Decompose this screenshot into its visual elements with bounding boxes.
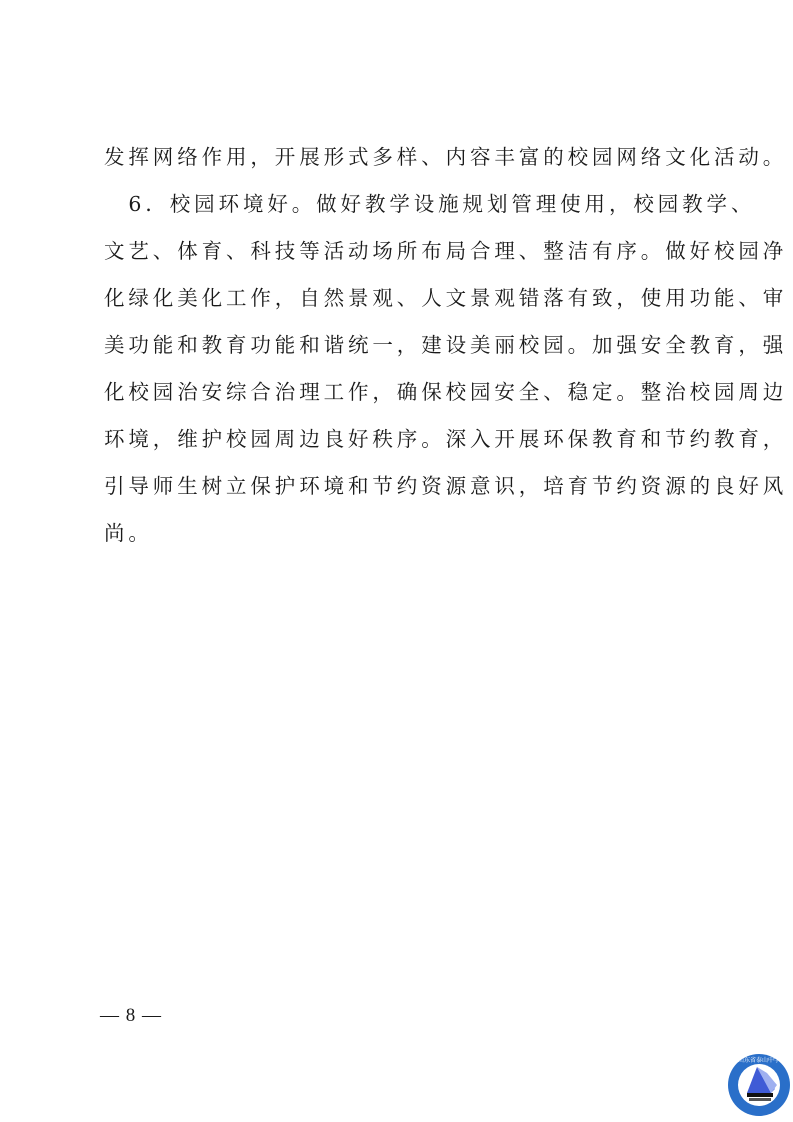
- text-line: 美功能和教育功能和谐统一，建设美丽校园。加强安全教育，强: [104, 331, 704, 359]
- text-line: 6．校园环境好。做好教学设施规划管理使用，校园教学、: [104, 190, 704, 218]
- text-line: 文艺、体育、科技等活动场所布局合理、整洁有序。做好校园净: [104, 237, 704, 265]
- text-line: 引导师生树立保护环境和节约资源意识，培育节约资源的良好风: [104, 472, 704, 500]
- text-line: 环境，维护校园周边良好秩序。深入开展环保教育和节约教育，: [104, 425, 704, 453]
- page-number: — 8 —: [100, 1005, 162, 1027]
- document-page: 发挥网络作用，开展形式多样、内容丰富的校园网络文化活动。 6．校园环境好。做好教…: [0, 0, 793, 1122]
- school-emblem-icon: 山东省泰山中学: [727, 1053, 791, 1117]
- text-line: 发挥网络作用，开展形式多样、内容丰富的校园网络文化活动。: [104, 143, 704, 171]
- svg-text:山东省泰山中学: 山东省泰山中学: [738, 1056, 780, 1064]
- text-line: 化绿化美化工作，自然景观、人文景观错落有致，使用功能、审: [104, 284, 704, 312]
- text-line: 尚。: [104, 519, 704, 547]
- text-line: 化校园治安综合治理工作，确保校园安全、稳定。整治校园周边: [104, 378, 704, 406]
